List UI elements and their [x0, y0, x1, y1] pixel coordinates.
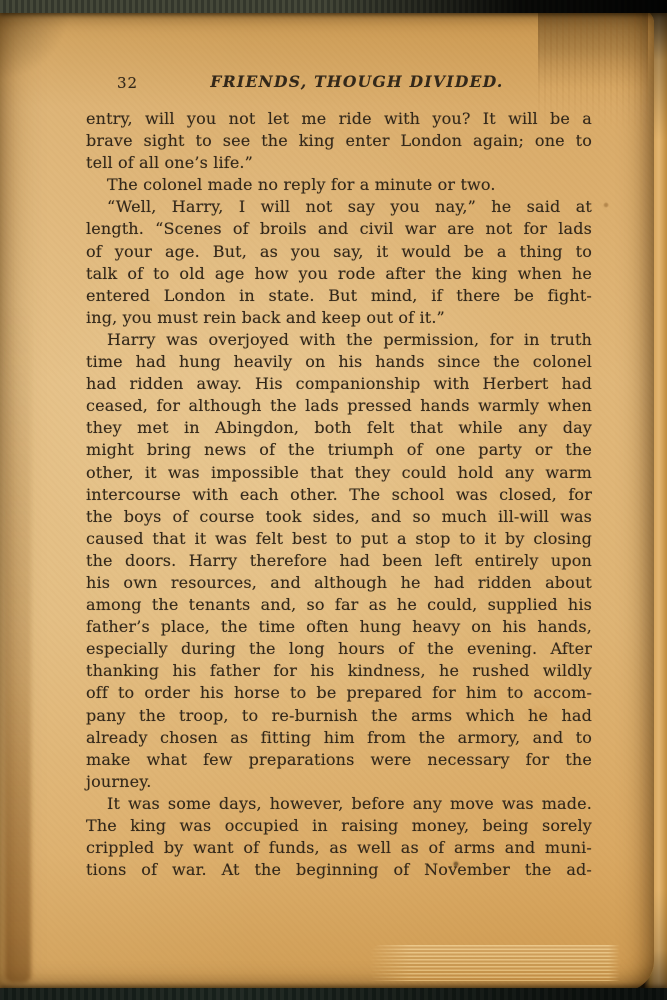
- text-line: thanking his father for his kindness, he…: [86, 660, 592, 682]
- text-line: The colonel made no reply for a minute o…: [86, 174, 592, 196]
- text-line: “Well, Harry, I will not say you nay,” h…: [86, 196, 592, 218]
- text-line: already chosen as fitting him from the a…: [86, 727, 592, 749]
- text-line: pany the troop, to re-burnish the arms w…: [86, 705, 592, 727]
- book-cover-top-edge: [0, 0, 667, 13]
- text-line: talk of to old age how you rode after th…: [86, 263, 592, 285]
- text-line: The king was occupied in raising money, …: [86, 815, 592, 837]
- text-line: ing, you must rein back and keep out of …: [86, 307, 592, 329]
- page-text-block: entry, will you not let me ride with you…: [86, 108, 592, 881]
- text-line: entry, will you not let me ride with you…: [86, 108, 592, 130]
- text-line: time had hung heavily on his hands since…: [86, 351, 592, 373]
- text-line: other, it was impossible that they could…: [86, 462, 592, 484]
- text-line: It was some days, however, before any mo…: [86, 793, 592, 815]
- text-line: the boys of course took sides, and so mu…: [86, 506, 592, 528]
- book-cover-bottom-edge: [0, 988, 667, 1000]
- text-line: his own resources, and although he had r…: [86, 572, 592, 594]
- text-line: intercourse with each other. The school …: [86, 484, 592, 506]
- page-header: 32 FRIENDS, THOUGH DIVIDED.: [86, 72, 592, 96]
- text-line: tell of all one’s life.”: [86, 152, 592, 174]
- fore-edge-bottom-texture: [370, 945, 620, 981]
- book-scan-photo: 32 FRIENDS, THOUGH DIVIDED. entry, will …: [0, 0, 667, 1000]
- text-line: caused that it was felt best to put a st…: [86, 528, 592, 550]
- text-line: make what few preparations were necessar…: [86, 749, 592, 771]
- text-line: among the tenants and, so far as he coul…: [86, 594, 592, 616]
- text-line: crippled by want of funds, as well as of…: [86, 837, 592, 859]
- text-line: father’s place, the time often hung heav…: [86, 616, 592, 638]
- running-title: FRIENDS, THOUGH DIVIDED.: [86, 72, 628, 91]
- book-page: 32 FRIENDS, THOUGH DIVIDED. entry, will …: [0, 9, 654, 991]
- text-line: the doors. Harry therefore had been left…: [86, 550, 592, 572]
- gutter-wear-streak: [5, 304, 31, 983]
- text-line: especially during the long hours of the …: [86, 638, 592, 660]
- text-line: length. “Scenes of broils and civil war …: [86, 218, 592, 240]
- text-line: of your age. But, as you say, it would b…: [86, 241, 592, 263]
- text-line: tions of war. At the beginning of Novemb…: [86, 859, 592, 881]
- text-line: had ridden away. His companionship with …: [86, 373, 592, 395]
- text-line: Harry was overjoyed with the permission,…: [86, 329, 592, 351]
- text-line: journey.: [86, 771, 592, 793]
- text-line: brave sight to see the king enter London…: [86, 130, 592, 152]
- text-line: ceased, for although the lads pressed ha…: [86, 395, 592, 417]
- text-line: entered London in state. But mind, if th…: [86, 285, 592, 307]
- text-line: might bring news of the triumph of one p…: [86, 439, 592, 461]
- text-line: off to order his horse to be prepared fo…: [86, 682, 592, 704]
- text-line: they met in Abingdon, both felt that whi…: [86, 417, 592, 439]
